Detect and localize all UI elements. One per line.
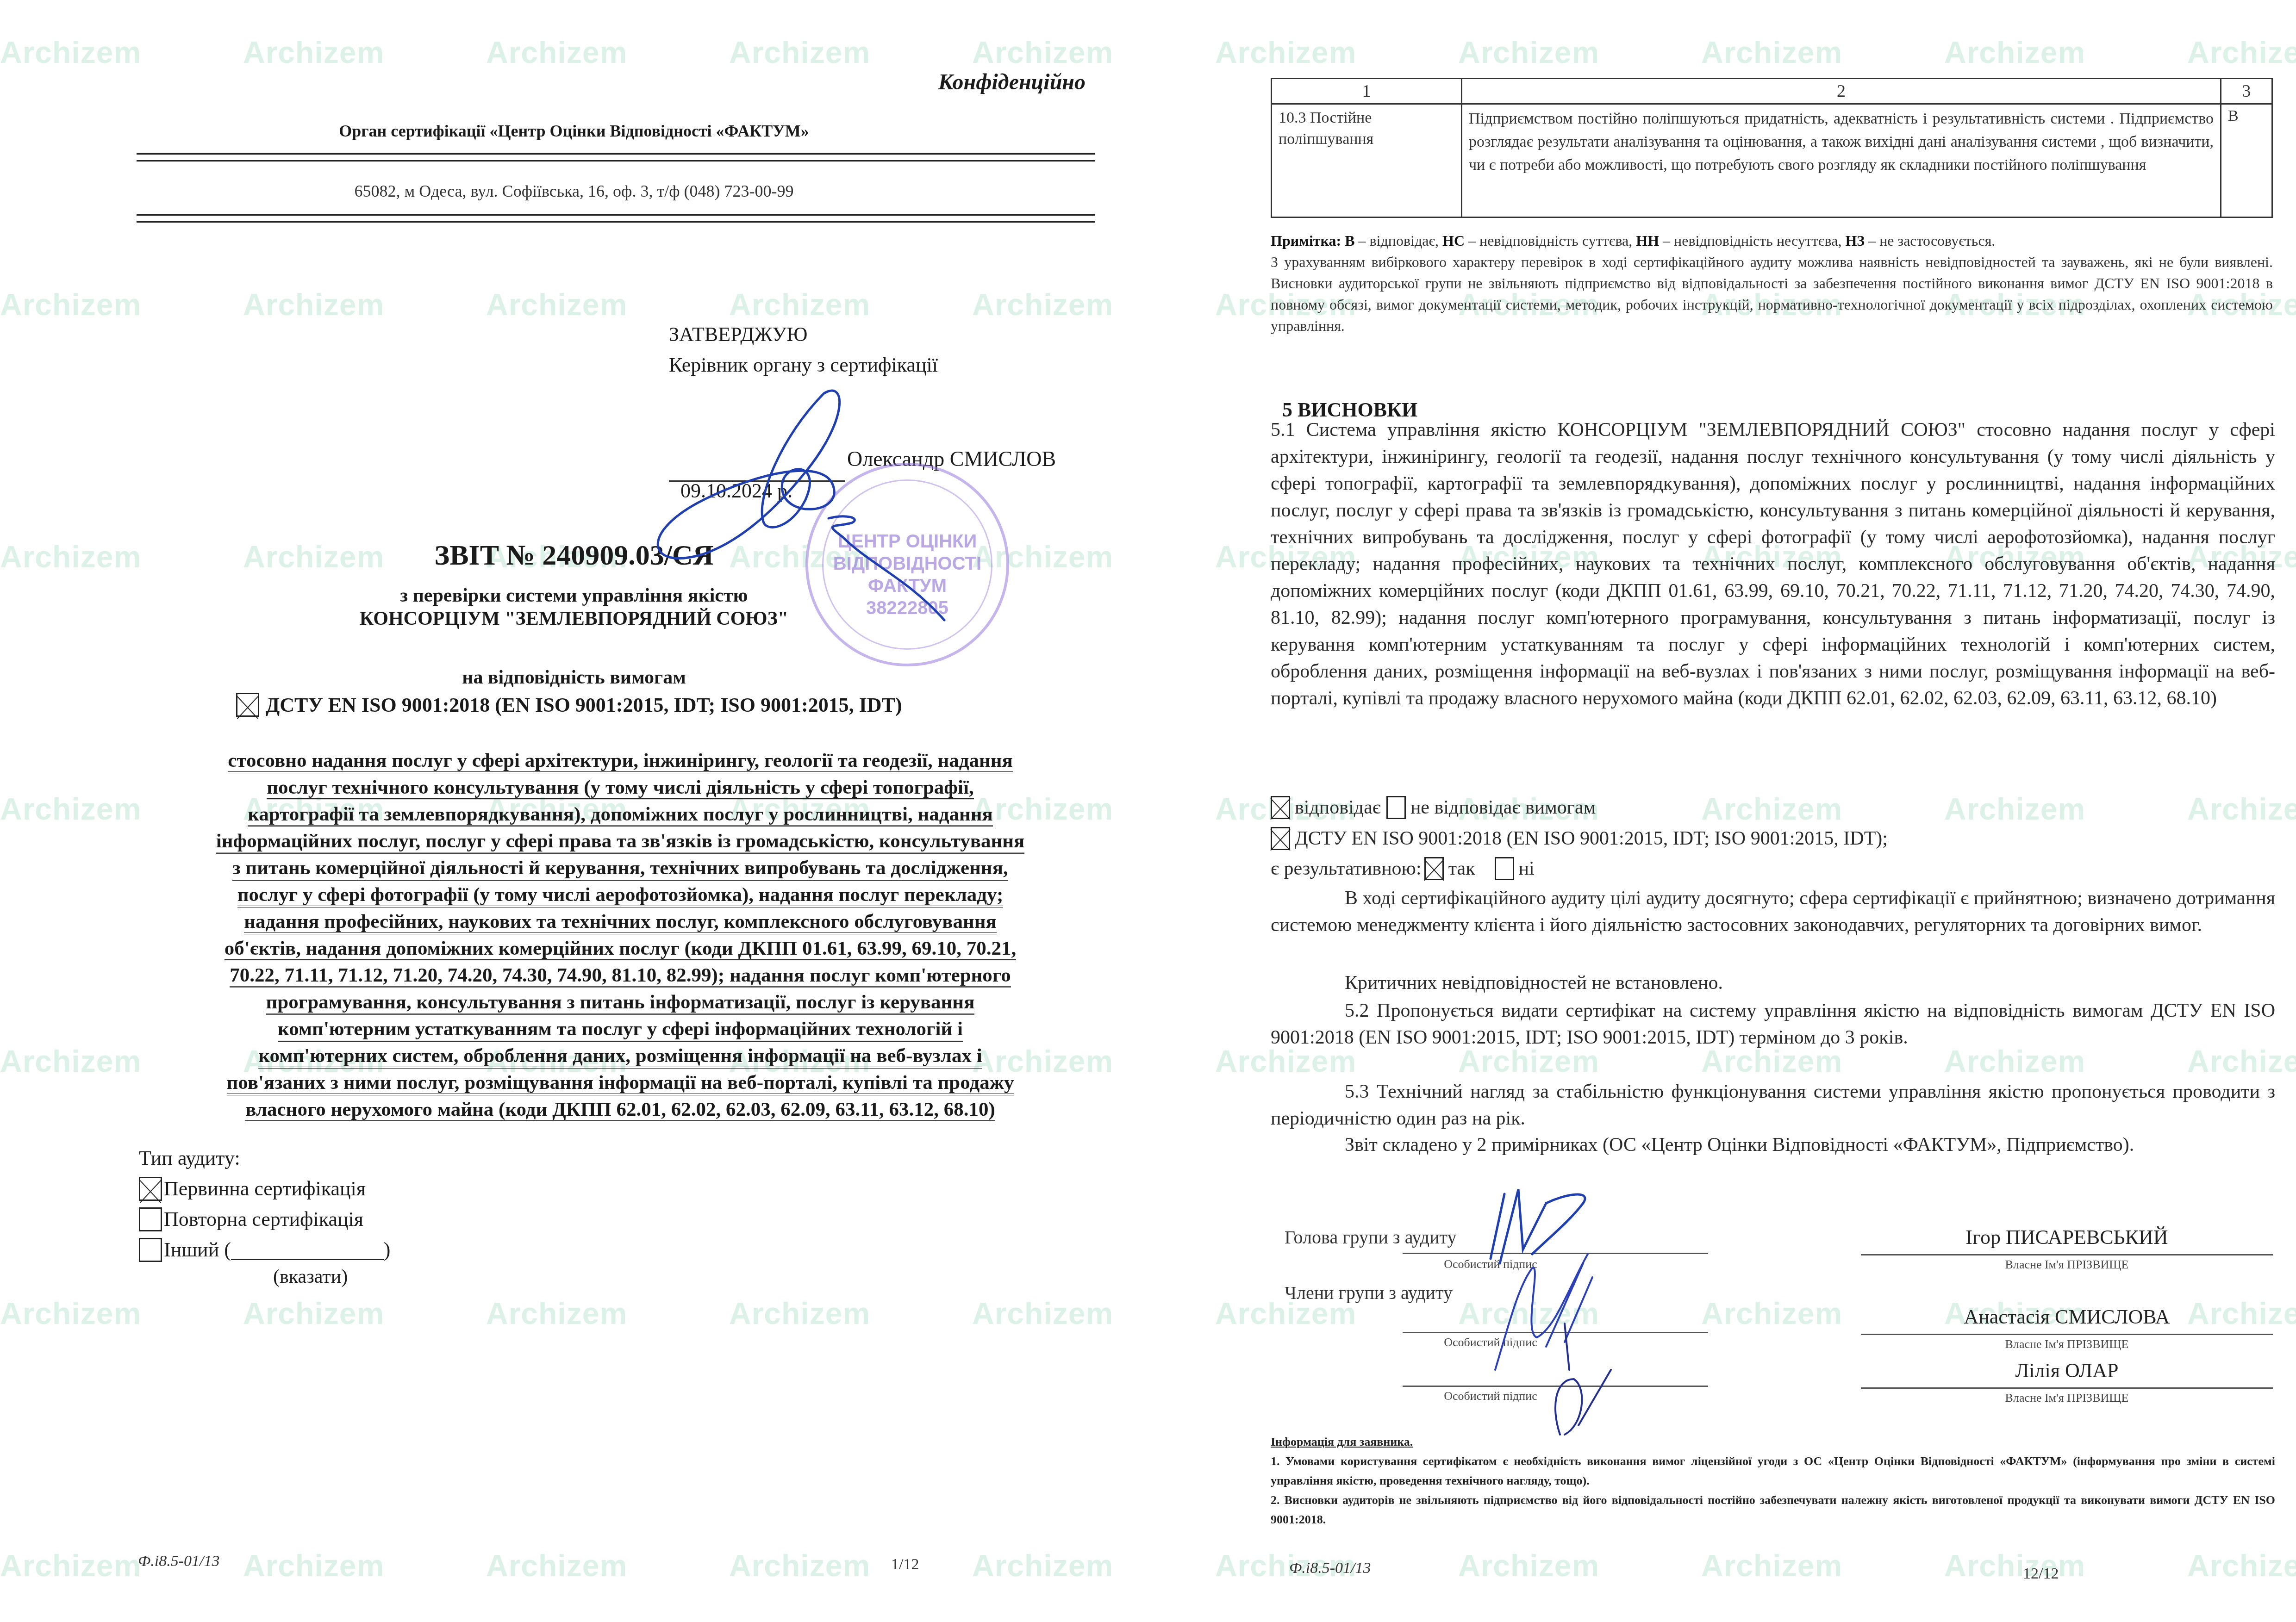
option-suffix: ) bbox=[384, 1235, 391, 1265]
note-label: Примітка: bbox=[1271, 232, 1341, 249]
certification-body-name: Орган сертифікації «Центр Оцінки Відпові… bbox=[0, 121, 1148, 141]
scope-line-text: надання професійних, наукових та технічн… bbox=[244, 911, 996, 934]
approval-position: Керівник органу з сертифікації bbox=[669, 350, 938, 380]
scope-line-text: комп'ютерним устаткуванням та послуг у с… bbox=[278, 1018, 963, 1042]
legend-code: НН bbox=[1636, 232, 1659, 249]
legend-code: НС bbox=[1442, 232, 1465, 249]
scope-line-text: комп'ютерних систем, оброблення даних, р… bbox=[258, 1045, 982, 1069]
effectiveness-label: є результативною: bbox=[1271, 858, 1422, 880]
note-text: З урахуванням вибіркового характеру пере… bbox=[1271, 251, 2273, 336]
column-header: 3 bbox=[2221, 79, 2272, 104]
lead-auditor-label: Голова групи з аудиту bbox=[1285, 1226, 1457, 1248]
other-audit-input[interactable] bbox=[231, 1240, 384, 1260]
copies-paragraph: Звіт складено у 2 примірниках (ОС «Центр… bbox=[1271, 1131, 2275, 1158]
scope-line: власного нерухомого майна (коди ДКПП 62.… bbox=[139, 1096, 1102, 1123]
audit-type-option-other[interactable]: Інший ( ) bbox=[139, 1235, 390, 1265]
name-caption: Власне Ім'я ПРІЗВИЩЕ bbox=[1861, 1337, 2273, 1351]
effective-no-label: ні bbox=[1519, 858, 1535, 880]
option-label: Повторна сертифікація bbox=[164, 1204, 363, 1235]
form-code: Ф.і8.5-01/13 bbox=[138, 1553, 220, 1570]
compliance-row: відповідає не відповідає вимогам bbox=[1271, 796, 1596, 819]
scope-line-text: стосовно надання послуг у сфері архітект… bbox=[228, 750, 1012, 773]
applicant-info-item: 2. Висновки аудиторів не звільняють підп… bbox=[1271, 1491, 2275, 1529]
scope-line: програмування, консультування з питань і… bbox=[139, 989, 1102, 1016]
result-cell: В bbox=[2221, 104, 2272, 218]
page-12: 1 2 3 10.3 Постійне поліпшування Підприє… bbox=[1148, 0, 2296, 1622]
standard-label: ДСТУ EN ISO 9001:2018 (EN ISO 9001:2015,… bbox=[266, 693, 902, 717]
scope-line: послуг у сфері фотографії (у тому числі … bbox=[139, 882, 1102, 908]
scope-line: комп'ютерним устаткуванням та послуг у с… bbox=[139, 1016, 1102, 1043]
audit-members-label: Члени групи з аудиту bbox=[1285, 1282, 1453, 1304]
audit-goals-paragraph: В ході сертифікаційного аудиту цілі ауди… bbox=[1271, 885, 2275, 938]
scope-line: послуг технічного консультування (у тому… bbox=[139, 774, 1102, 801]
initial-certification-checkbox[interactable] bbox=[139, 1177, 162, 1201]
confidential-label: Конфіденційно bbox=[938, 69, 1086, 95]
clause-cell: 10.3 Постійне поліпшування bbox=[1272, 104, 1462, 218]
effective-yes-checkbox[interactable] bbox=[1424, 857, 1444, 880]
legend-text: – не застосовується. bbox=[1868, 232, 1995, 249]
standard-checkbox[interactable] bbox=[1271, 827, 1290, 850]
scope-line: інформаційних послуг, послуг у сфері пра… bbox=[139, 828, 1102, 855]
scope-line-text: послуг технічного консультування (у тому… bbox=[267, 777, 973, 800]
lead-auditor-name: Ігор ПИСАРЕВСЬКИЙ bbox=[1861, 1225, 2273, 1249]
legend-text: – відповідає, bbox=[1358, 232, 1439, 249]
standard-label: ДСТУ EN ISO 9001:2018 (EN ISO 9001:2015,… bbox=[1295, 827, 1888, 850]
legend-code: НЗ bbox=[1845, 232, 1865, 249]
name-caption: Власне Ім'я ПРІЗВИЩЕ bbox=[1861, 1258, 2273, 1272]
standard-checkbox[interactable] bbox=[236, 693, 259, 717]
scope-line: пов'язаних з ними послуг, розміщування і… bbox=[139, 1069, 1102, 1096]
effectiveness-row: є результативною: так ні bbox=[1271, 857, 1535, 880]
specify-hint: (вказати) bbox=[273, 1266, 348, 1288]
scope-line: комп'ютерних систем, оброблення даних, р… bbox=[139, 1043, 1102, 1069]
scope-line-text: 70.22, 71.11, 71.12, 71.20, 74.20, 74.30… bbox=[230, 964, 1011, 988]
conclusion-5-2: 5.2 Пропонується видати сертифікат на си… bbox=[1271, 997, 2275, 1051]
table-header-row: 1 2 3 bbox=[1272, 79, 2272, 104]
requirements-label: на відповідність вимогам bbox=[0, 666, 1148, 689]
effective-no-checkbox[interactable] bbox=[1495, 857, 1514, 880]
approval-title: ЗАТВЕРДЖУЮ bbox=[669, 319, 938, 350]
table-row: 10.3 Постійне поліпшування Підприємством… bbox=[1272, 104, 2272, 218]
audit-type-block: Тип аудиту: Первинна сертифікація Повтор… bbox=[139, 1143, 390, 1265]
certification-body-address: 65082, м Одеса, вул. Софіївська, 16, оф.… bbox=[0, 181, 1148, 201]
applicant-info: Інформація для заявника. 1. Умовами кори… bbox=[1271, 1432, 2275, 1529]
page-number: 1/12 bbox=[891, 1556, 919, 1573]
approval-block: ЗАТВЕРДЖУЮ Керівник органу з сертифікаці… bbox=[669, 319, 938, 380]
table-note: Примітка: В – відповідає, НС – невідпові… bbox=[1271, 230, 2273, 336]
scope-line: надання професійних, наукових та технічн… bbox=[139, 908, 1102, 935]
scope-line-text: послуг у сфері фотографії (у тому числі … bbox=[237, 884, 1004, 907]
note-legend: Примітка: В – відповідає, НС – невідпові… bbox=[1271, 230, 2273, 251]
page-number: 12/12 bbox=[2023, 1565, 2059, 1583]
conclusion-5-3: 5.3 Технічний нагляд за стабільністю фун… bbox=[1271, 1078, 2275, 1132]
audit-type-option-recertification[interactable]: Повторна сертифікація bbox=[139, 1204, 390, 1235]
description-cell: Підприємством постійно поліпшуються прид… bbox=[1462, 104, 2221, 218]
form-code: Ф.і8.5-01/13 bbox=[1289, 1560, 1371, 1577]
not-complies-label: не відповідає вимогам bbox=[1410, 796, 1596, 819]
audit-type-label: Тип аудиту: bbox=[139, 1143, 390, 1174]
option-label: Первинна сертифікація bbox=[164, 1174, 366, 1204]
applicant-info-title: Інформація для заявника. bbox=[1271, 1432, 2275, 1452]
standard-row: ДСТУ EN ISO 9001:2018 (EN ISO 9001:2015,… bbox=[1271, 827, 1888, 850]
other-audit-checkbox[interactable] bbox=[139, 1238, 162, 1262]
audit-type-option-initial[interactable]: Первинна сертифікація bbox=[139, 1174, 390, 1204]
name-line bbox=[1861, 1334, 2273, 1335]
scope-line-text: об'єктів, надання допоміжних комерційних… bbox=[225, 938, 1017, 961]
recertification-checkbox[interactable] bbox=[139, 1207, 162, 1231]
certification-scope: стосовно надання послуг у сфері архітект… bbox=[139, 747, 1102, 1123]
scope-line-text: картографії та землевпорядкування), допо… bbox=[248, 803, 993, 827]
applicant-info-item: 1. Умовами користування сертифікатом є н… bbox=[1271, 1452, 2275, 1491]
criteria-table: 1 2 3 10.3 Постійне поліпшування Підприє… bbox=[1271, 78, 2273, 218]
standard-checkbox-row: ДСТУ EN ISO 9001:2018 (EN ISO 9001:2015,… bbox=[236, 693, 902, 717]
header-divider bbox=[137, 214, 1095, 223]
scope-line-text: власного нерухомого майна (коди ДКПП 62.… bbox=[245, 1099, 995, 1122]
not-complies-checkbox[interactable] bbox=[1386, 796, 1406, 819]
effective-yes-label: так bbox=[1448, 858, 1475, 880]
complies-label: відповідає bbox=[1295, 796, 1381, 819]
member-name: Анастасія СМИСЛОВА bbox=[1861, 1305, 2273, 1329]
legend-text: – невідповідність суттєва, bbox=[1468, 232, 1632, 249]
auditor-signatures-icon bbox=[1472, 1185, 1703, 1444]
approval-signature-icon bbox=[630, 379, 954, 639]
conclusion-5-1: 5.1 Система управління якістю КОНСОРЦІУМ… bbox=[1271, 416, 2275, 712]
scope-line: 70.22, 71.11, 71.12, 71.20, 74.20, 74.30… bbox=[139, 962, 1102, 989]
member-name: Лілія ОЛАР bbox=[1861, 1359, 2273, 1382]
scope-line-text: пов'язаних з ними послуг, розміщування і… bbox=[227, 1072, 1014, 1095]
column-header: 2 bbox=[1462, 79, 2221, 104]
legend-text: – невідповідність несуттєва, bbox=[1663, 232, 1841, 249]
column-header: 1 bbox=[1272, 79, 1462, 104]
option-label: Інший ( bbox=[164, 1235, 231, 1265]
scope-line: стосовно надання послуг у сфері архітект… bbox=[139, 747, 1102, 774]
name-caption: Власне Ім'я ПРІЗВИЩЕ bbox=[1861, 1391, 2273, 1405]
legend-code: В bbox=[1345, 232, 1354, 249]
page-1: Конфіденційно Орган сертифікації «Центр … bbox=[0, 0, 1148, 1622]
scope-line-text: програмування, консультування з питань і… bbox=[266, 991, 975, 1015]
scope-line: об'єктів, надання допоміжних комерційних… bbox=[139, 935, 1102, 962]
name-line bbox=[1861, 1254, 2273, 1255]
header-divider bbox=[137, 153, 1095, 162]
scope-line: картографії та землевпорядкування), допо… bbox=[139, 801, 1102, 828]
critical-findings: Критичних невідповідностей не встановлен… bbox=[1271, 969, 2275, 996]
scope-line-text: з питань комерційної діяльності й керува… bbox=[232, 857, 1008, 881]
name-line bbox=[1861, 1387, 2273, 1389]
complies-checkbox[interactable] bbox=[1271, 796, 1290, 819]
scope-line: з питань комерційної діяльності й керува… bbox=[139, 855, 1102, 882]
scope-line-text: інформаційних послуг, послуг у сфері пра… bbox=[216, 830, 1025, 854]
